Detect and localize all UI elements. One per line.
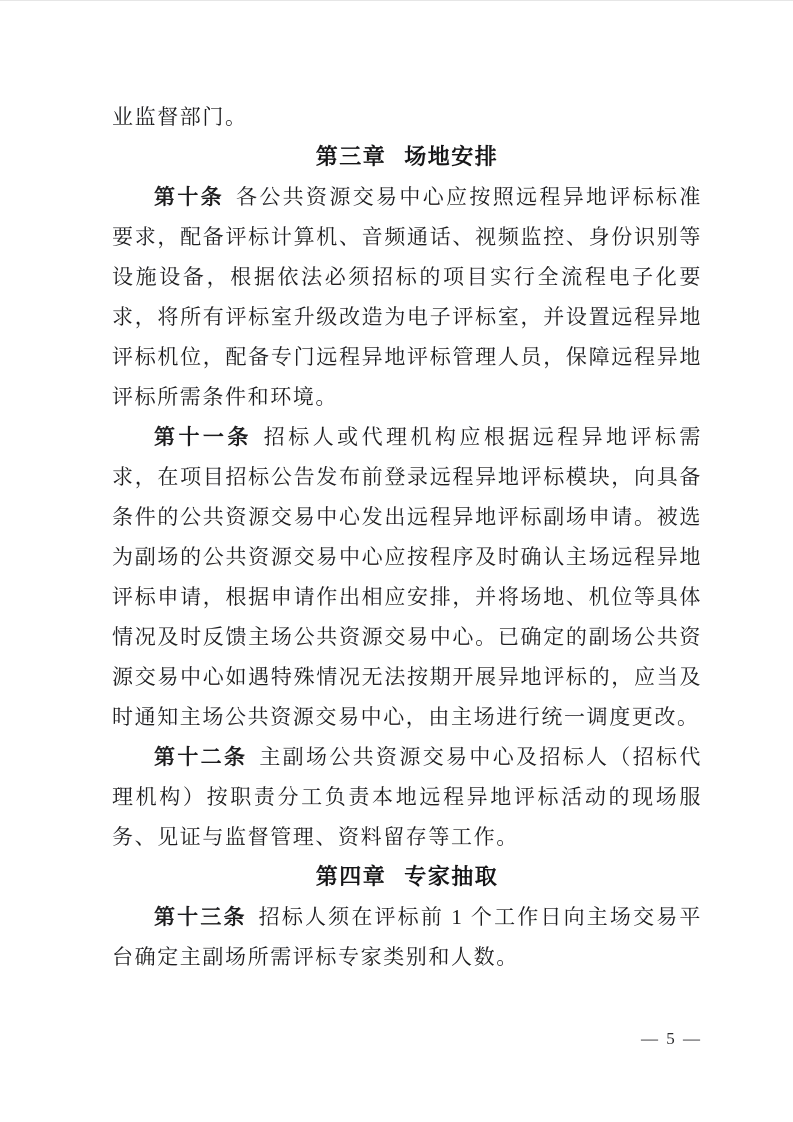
article-13-paragraph: 第十三条招标人须在评标前 1 个工作日向主场交易平台确定主副场所需评标专家类别和…	[112, 897, 702, 977]
chapter-4-title: 专家抽取	[404, 864, 498, 889]
chapter-4-number: 第四章	[316, 864, 387, 889]
article-11-paragraph: 第十一条招标人或代理机构应根据远程异地评标需求，在项目招标公告发布前登录远程异地…	[112, 417, 702, 737]
article-11-term: 第十一条	[154, 425, 252, 449]
chapter-3-heading: 第三章场地安排	[112, 137, 702, 177]
chapter-4-heading: 第四章专家抽取	[112, 857, 702, 897]
chapter-3-number: 第三章	[316, 144, 387, 169]
chapter-3-title: 场地安排	[404, 144, 498, 169]
article-10-paragraph: 第十条各公共资源交易中心应按照远程异地评标标准要求，配备评标计算机、音频通话、视…	[112, 177, 702, 417]
article-10-term: 第十条	[154, 185, 224, 209]
document-page: 业监督部门。 第三章场地安排 第十条各公共资源交易中心应按照远程异地评标标准要求…	[0, 0, 793, 1122]
page-number: — 5 —	[0, 1029, 702, 1049]
document-body: 业监督部门。 第三章场地安排 第十条各公共资源交易中心应按照远程异地评标标准要求…	[112, 97, 702, 977]
article-11-text: 招标人或代理机构应根据远程异地评标需求，在项目招标公告发布前登录远程异地评标模块…	[112, 425, 702, 729]
article-13-term: 第十三条	[154, 905, 247, 929]
article-12-paragraph: 第十二条主副场公共资源交易中心及招标人（招标代理机构）按职责分工负责本地远程异地…	[112, 737, 702, 857]
article-12-term: 第十二条	[154, 745, 247, 769]
continuation-text: 业监督部门。	[112, 97, 702, 137]
article-10-text: 各公共资源交易中心应按照远程异地评标标准要求，配备评标计算机、音频通话、视频监控…	[112, 185, 702, 409]
scan-top-edge	[0, 0, 793, 1]
